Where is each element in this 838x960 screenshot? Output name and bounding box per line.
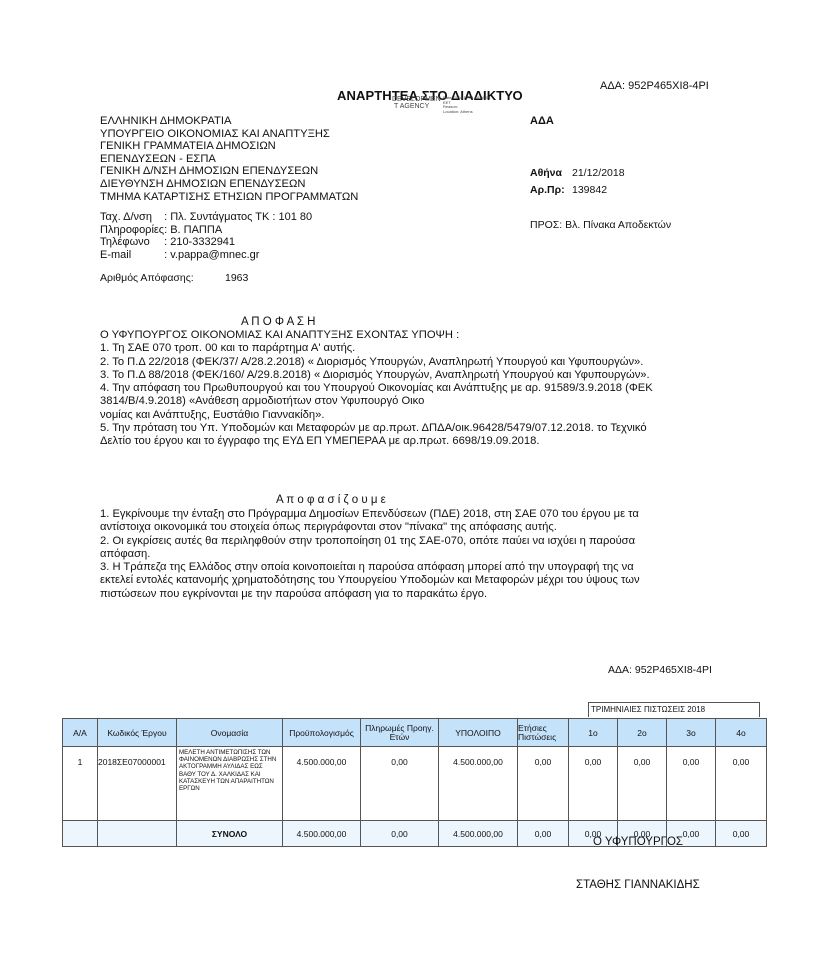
project-table: Α/Α Κωδικός Έργου Ονομασία Προϋπολογισμό…	[62, 718, 767, 847]
decision-item: απόφαση.	[100, 548, 640, 561]
consideration-item: 3. Το Π.Δ 88/2018 (ΦΕΚ/160/ Α/29.8.2018)…	[100, 369, 653, 382]
col-q2: 2ο	[618, 719, 667, 747]
col-name: Ονομασία	[177, 719, 283, 747]
ada-table: ΑΔΑ: 952Ρ465ΧΙ8-4ΡΙ	[608, 664, 712, 676]
col-q3: 3ο	[667, 719, 716, 747]
cell-q1: 0,00	[569, 747, 618, 821]
total-label: ΣΥΝΟΛΟ	[177, 821, 283, 847]
issuer-line: ΓΕΝΙΚΗ ΓΡΑΜΜΑΤΕΙΑ ΔΗΜΟΣΙΩΝ	[100, 140, 358, 153]
decision-item: αντίστοιχα οικονομικά του στοιχεία όπως …	[100, 521, 640, 534]
issuer-line: ΕΠΕΝΔΥΣΕΩΝ - ΕΣΠΑ	[100, 153, 358, 166]
phone-value: : 210-3332941	[164, 236, 312, 249]
col-balance: ΥΠΟΛΟΙΠΟ	[439, 719, 518, 747]
col-q1: 1ο	[569, 719, 618, 747]
cell-name: ΜΕΛΕΤΗ ΑΝΤΙΜΕΤΩΠΙΣΗΣ ΤΩΝ ΦΑΙΝΟΜΕΝΩΝ ΔΙΑΒ…	[177, 747, 283, 821]
date-row: Αθήνα21/12/2018	[530, 167, 625, 179]
decision-item: πιστώσεων που εγκρίνονται με την παρούσα…	[100, 588, 640, 601]
decide-heading: Α π ο φ α σ ί ζ ο υ μ ε	[276, 494, 386, 506]
email-value[interactable]: : v.pappa@mnec.gr	[164, 249, 312, 262]
issuer-line: ΔΙΕΥΘΥΝΣΗ ΔΗΜΟΣΙΩΝ ΕΠΕΝΔΥΣΕΩΝ	[100, 178, 358, 191]
col-code: Κωδικός Έργου	[98, 719, 177, 747]
cell-balance: 4.500.000,00	[439, 747, 518, 821]
decision-item: 1. Εγκρίνουμε την ένταξη στο Πρόγραμμα Δ…	[100, 508, 640, 521]
consideration-item: 4. Την απόφαση του Πρωθυπουργού και του …	[100, 382, 653, 395]
ada-label: ΑΔΑ	[530, 115, 554, 127]
issuer-line: ΓΕΝΙΚΗ Δ/ΝΣΗ ΔΗΜΟΣΙΩΝ ΕΠΕΝΔΥΣΕΩΝ	[100, 165, 358, 178]
total-budget: 4.500.000,00	[283, 821, 361, 847]
consideration-item: νομίας και Ανάπτυξης, Ευστάθιο Γιαννακίδ…	[100, 409, 653, 422]
date-value: 21/12/2018	[572, 167, 625, 179]
consideration-item: 1. Τη ΣΑΕ 070 τροπ. 00 και το παράρτημα …	[100, 342, 653, 355]
table-header-row: Α/Α Κωδικός Έργου Ονομασία Προϋπολογισμό…	[63, 719, 767, 747]
email-label: E-mail	[100, 249, 164, 262]
cell-aa: 1	[63, 747, 98, 821]
place-label: Αθήνα	[530, 167, 572, 179]
consideration-item: 2. Το Π.Δ 22/2018 (ΦΕΚ/37/ Α/28.2.2018) …	[100, 356, 653, 369]
phone-label: Τηλέφωνο	[100, 236, 164, 249]
cell-budget: 4.500.000,00	[283, 747, 361, 821]
cell-q3: 0,00	[667, 747, 716, 821]
decision-number-row: Αριθμός Απόφασης:1963	[100, 272, 248, 284]
cell-code: 2018ΣΕ07000001	[98, 747, 177, 821]
col-annual: Ετήσιες Πιστώσεις	[518, 719, 569, 747]
recipients: ΠΡΟΣ: Βλ. Πίνακα Αποδεκτών	[530, 219, 671, 231]
considerations-block: Ο ΥΦΥΠΟΥΡΓΟΣ ΟΙΚΟΝΟΜΙΑΣ ΚΑΙ ΑΝΑΠΤΥΞΗΣ ΕΧ…	[100, 329, 653, 449]
consideration-item: Δελτίο του έργου και το έγγραφο της ΕΥΔ …	[100, 435, 653, 448]
stamp-line: T AGENCY	[392, 103, 441, 110]
consideration-item: 5. Την πρόταση του Υπ. Υποδομών και Μετα…	[100, 422, 653, 435]
stamp-detail: Location: Athens	[443, 110, 490, 115]
quarterly-caption: ΤΡΙΜΗΝΙΑΙΕΣ ΠΙΣΤΩΣΕΙΣ 2018	[588, 702, 760, 717]
decisions-block: 1. Εγκρίνουμε την ένταξη στο Πρόγραμμα Δ…	[100, 508, 640, 601]
cell-q4: 0,00	[716, 747, 767, 821]
cell-prev-payments: 0,00	[361, 747, 439, 821]
signature-role: Ο ΥΦΥΠΟΥΡΓΟΣ	[593, 836, 683, 848]
decision-number-label: Αριθμός Απόφασης:	[100, 272, 225, 284]
col-budget: Προϋπολογισμός	[283, 719, 361, 747]
decision-item: 3. Η Τράπεζα της Ελλάδος στην οποία κοιν…	[100, 561, 640, 574]
total-aa	[63, 821, 98, 847]
cell-q2: 0,00	[618, 747, 667, 821]
total-annual: 0,00	[518, 821, 569, 847]
address-label: Ταχ. Δ/νση	[100, 211, 164, 224]
signature-name: ΣΤΑΘΗΣ ΓΙΑΝΝΑΚΙΔΗΣ	[576, 879, 700, 891]
decision-heading: Α Π Ο Φ Α Σ Η	[241, 316, 315, 328]
consideration-item: 3814/Β/4.9.2018) «Ανάθεση αρμοδιοτήτων σ…	[100, 395, 653, 408]
cell-annual: 0,00	[518, 747, 569, 821]
total-prev-payments: 0,00	[361, 821, 439, 847]
info-label: Πληροφορίες	[100, 224, 164, 237]
issuer-line: ΤΜΗΜΑ ΚΑΤΑΡΤΙΣΗΣ ΕΤΗΣΙΩΝ ΠΡΟΓΡΑΜΜΑΤΩΝ	[100, 191, 358, 204]
contact-block: Ταχ. Δ/νση: Πλ. Συντάγματος ΤΚ : 101 80 …	[100, 211, 312, 261]
col-q4: 4ο	[716, 719, 767, 747]
col-aa: Α/Α	[63, 719, 98, 747]
protocol-row: Αρ.Πρ:139842	[530, 184, 607, 196]
info-value: : Β. ΠΑΠΠΑ	[164, 224, 312, 237]
protocol-value: 139842	[572, 184, 607, 196]
protocol-label: Αρ.Πρ:	[530, 184, 572, 196]
signature-stamp: DEVELOPMEN T AGENCY	[392, 96, 441, 110]
total-code	[98, 821, 177, 847]
decision-item: εκτελεί εντολές κατανομής χρηματοδότησης…	[100, 574, 640, 587]
signature-stamp-details: Date: 2018.12.21 18:09:55 EET Reason: Lo…	[443, 96, 490, 114]
total-q4: 0,00	[716, 821, 767, 847]
issuer-block: ΕΛΛΗΝΙΚΗ ΔΗΜΟΚΡΑΤΙΑ ΥΠΟΥΡΓΕΙΟ ΟΙΚΟΝΟΜΙΑΣ…	[100, 115, 358, 203]
decision-number: 1963	[225, 272, 248, 284]
address-value: : Πλ. Συντάγματος ΤΚ : 101 80	[164, 211, 312, 224]
ada-top: ΑΔΑ: 952Ρ465ΧΙ8-4ΡΙ	[600, 79, 709, 93]
preamble: Ο ΥΦΥΠΟΥΡΓΟΣ ΟΙΚΟΝΟΜΙΑΣ ΚΑΙ ΑΝΑΠΤΥΞΗΣ ΕΧ…	[100, 329, 653, 342]
decision-item: 2. Οι εγκρίσεις αυτές θα περιληφθούν στη…	[100, 535, 640, 548]
issuer-line: ΕΛΛΗΝΙΚΗ ΔΗΜΟΚΡΑΤΙΑ	[100, 115, 358, 128]
stamp-line: DEVELOPMEN	[392, 96, 441, 103]
table-row: 1 2018ΣΕ07000001 ΜΕΛΕΤΗ ΑΝΤΙΜΕΤΩΠΙΣΗΣ ΤΩ…	[63, 747, 767, 821]
issuer-line: ΥΠΟΥΡΓΕΙΟ ΟΙΚΟΝΟΜΙΑΣ ΚΑΙ ΑΝΑΠΤΥΞΗΣ	[100, 128, 358, 141]
col-prev-payments: Πληρωμές Προηγ. Ετών	[361, 719, 439, 747]
total-balance: 4.500.000,00	[439, 821, 518, 847]
